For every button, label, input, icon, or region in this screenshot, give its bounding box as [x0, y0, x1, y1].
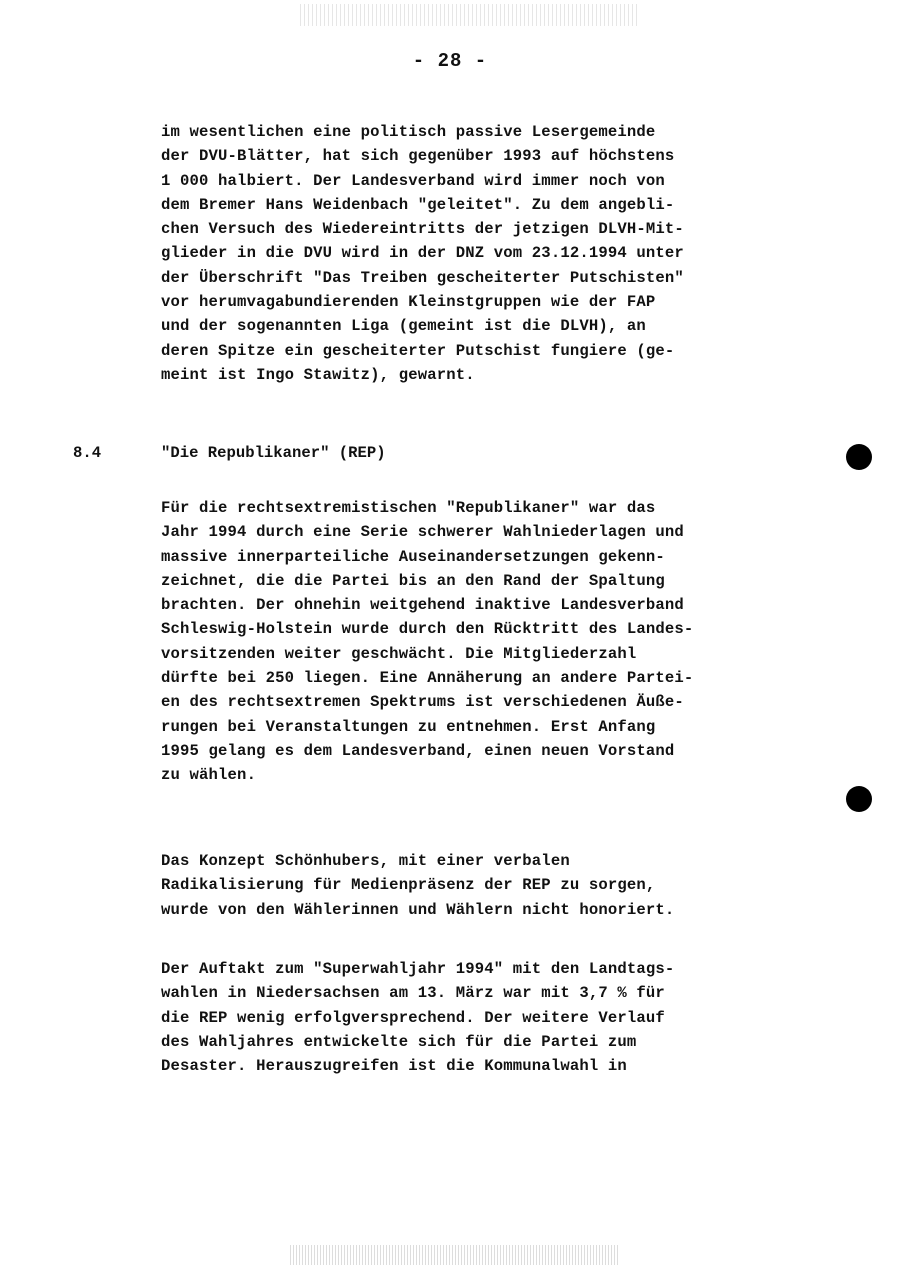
text-line: Für die rechtsextremistischen "Republika…: [161, 496, 801, 520]
text-line: chen Versuch des Wiedereintritts der jet…: [161, 217, 801, 241]
text-line: 1995 gelang es dem Landesverband, einen …: [161, 739, 801, 763]
text-line: 1 000 halbiert. Der Landesverband wird i…: [161, 169, 801, 193]
text-line: vorsitzenden weiter geschwächt. Die Mitg…: [161, 642, 801, 666]
text-line: Der Auftakt zum "Superwahljahr 1994" mit…: [161, 957, 801, 981]
text-line: brachten. Der ohnehin weitgehend inaktiv…: [161, 593, 801, 617]
paragraph-dvu: im wesentlichen eine politisch passive L…: [161, 120, 801, 387]
text-line: Jahr 1994 durch eine Serie schwerer Wahl…: [161, 520, 801, 544]
scan-noise-bottom: [290, 1245, 620, 1265]
text-line: Das Konzept Schönhubers, mit einer verba…: [161, 849, 801, 873]
text-line: Desaster. Herauszugreifen ist die Kommun…: [161, 1054, 801, 1078]
text-line: dem Bremer Hans Weidenbach "geleitet". Z…: [161, 193, 801, 217]
page-number: - 28 -: [0, 50, 900, 72]
text-line: meint ist Ingo Stawitz), gewarnt.: [161, 363, 801, 387]
paragraph-superwahljahr: Der Auftakt zum "Superwahljahr 1994" mit…: [161, 957, 801, 1078]
section-number: 8.4: [73, 444, 101, 462]
text-line: und der sogenannten Liga (gemeint ist di…: [161, 314, 801, 338]
punch-hole-lower: [846, 786, 872, 812]
punch-hole-upper: [846, 444, 872, 470]
text-line: wahlen in Niedersachsen am 13. März war …: [161, 981, 801, 1005]
text-line: massive innerparteiliche Auseinandersetz…: [161, 545, 801, 569]
text-line: die REP wenig erfolgversprechend. Der we…: [161, 1006, 801, 1030]
text-line: zeichnet, die die Partei bis an den Rand…: [161, 569, 801, 593]
text-line: Radikalisierung für Medienpräsenz der RE…: [161, 873, 801, 897]
text-line: deren Spitze ein gescheiterter Putschist…: [161, 339, 801, 363]
text-line: rungen bei Veranstaltungen zu entnehmen.…: [161, 715, 801, 739]
text-line: der Überschrift "Das Treiben gescheitert…: [161, 266, 801, 290]
scan-noise-top: [300, 4, 640, 26]
text-line: des Wahljahres entwickelte sich für die …: [161, 1030, 801, 1054]
text-line: Schleswig-Holstein wurde durch den Rückt…: [161, 617, 801, 641]
text-line: im wesentlichen eine politisch passive L…: [161, 120, 801, 144]
text-line: wurde von den Wählerinnen und Wählern ni…: [161, 898, 801, 922]
section-title: "Die Republikaner" (REP): [161, 444, 386, 462]
text-line: glieder in die DVU wird in der DNZ vom 2…: [161, 241, 801, 265]
text-line: vor herumvagabundierenden Kleinstgruppen…: [161, 290, 801, 314]
text-line: zu wählen.: [161, 763, 801, 787]
text-line: der DVU-Blätter, hat sich gegenüber 1993…: [161, 144, 801, 168]
paragraph-schoenhuber: Das Konzept Schönhubers, mit einer verba…: [161, 849, 801, 922]
paragraph-rep-intro: Für die rechtsextremistischen "Republika…: [161, 496, 801, 788]
text-line: dürfte bei 250 liegen. Eine Annäherung a…: [161, 666, 801, 690]
text-line: en des rechtsextremen Spektrums ist vers…: [161, 690, 801, 714]
